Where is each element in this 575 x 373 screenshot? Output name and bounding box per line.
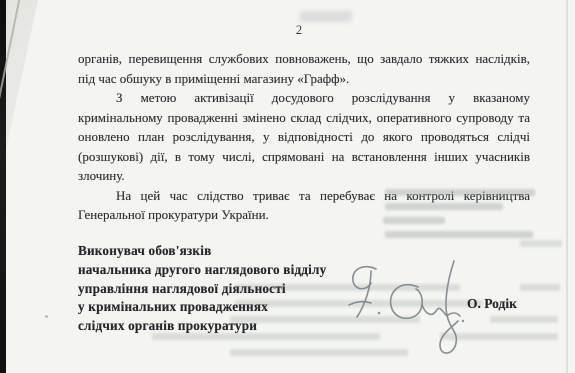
body-line: злочину. bbox=[78, 166, 530, 186]
bleed-through-artifact bbox=[490, 316, 558, 323]
body-line: (розшукові) дії, в тому числі, спрямован… bbox=[78, 147, 530, 167]
scan-right-edge-line bbox=[566, 0, 568, 373]
bleed-through-artifact bbox=[385, 231, 533, 238]
page-number: 2 bbox=[288, 23, 310, 38]
signature-title-line: управління наглядової діяльності bbox=[78, 280, 326, 299]
bleed-through-artifact bbox=[520, 240, 562, 247]
body-line: органів, перевищення службових повноваже… bbox=[78, 49, 530, 69]
signature-title-line: начальника другого наглядового відділу bbox=[78, 261, 326, 280]
bleed-through-artifact bbox=[385, 203, 503, 210]
scan-edge-shadow bbox=[0, 0, 6, 373]
bleed-through-artifact bbox=[385, 189, 535, 196]
signature-title-line: слідчих органів прокуратури bbox=[78, 317, 326, 336]
signer-name: О. Родік bbox=[467, 296, 517, 312]
signature-title-block: Виконувач обов'язків начальника другого … bbox=[78, 242, 326, 336]
body-line: кримінальному провадженні змінено склад … bbox=[78, 108, 530, 128]
signature-title-line: у кримінальних провадженнях bbox=[78, 298, 326, 317]
body-line: під час обшуку в приміщенні магазину «Гр… bbox=[78, 69, 530, 89]
bleed-through-artifact bbox=[383, 217, 445, 224]
scanned-document-page: 2 органів, перевищення службових повнова… bbox=[0, 0, 575, 373]
handwritten-signature bbox=[335, 252, 475, 364]
signature-title-line: Виконувач обов'язків bbox=[78, 242, 326, 261]
bleed-through-artifact bbox=[520, 284, 560, 291]
page-corner-fold bbox=[6, 0, 38, 150]
scan-smudge bbox=[300, 11, 352, 22]
body-line: оновлено план розслідування, у відповідн… bbox=[78, 127, 530, 147]
scan-speck bbox=[45, 315, 48, 318]
document-body: органів, перевищення службових повноваже… bbox=[78, 49, 530, 225]
body-line: З метою активізації досудового розслідув… bbox=[78, 88, 530, 108]
